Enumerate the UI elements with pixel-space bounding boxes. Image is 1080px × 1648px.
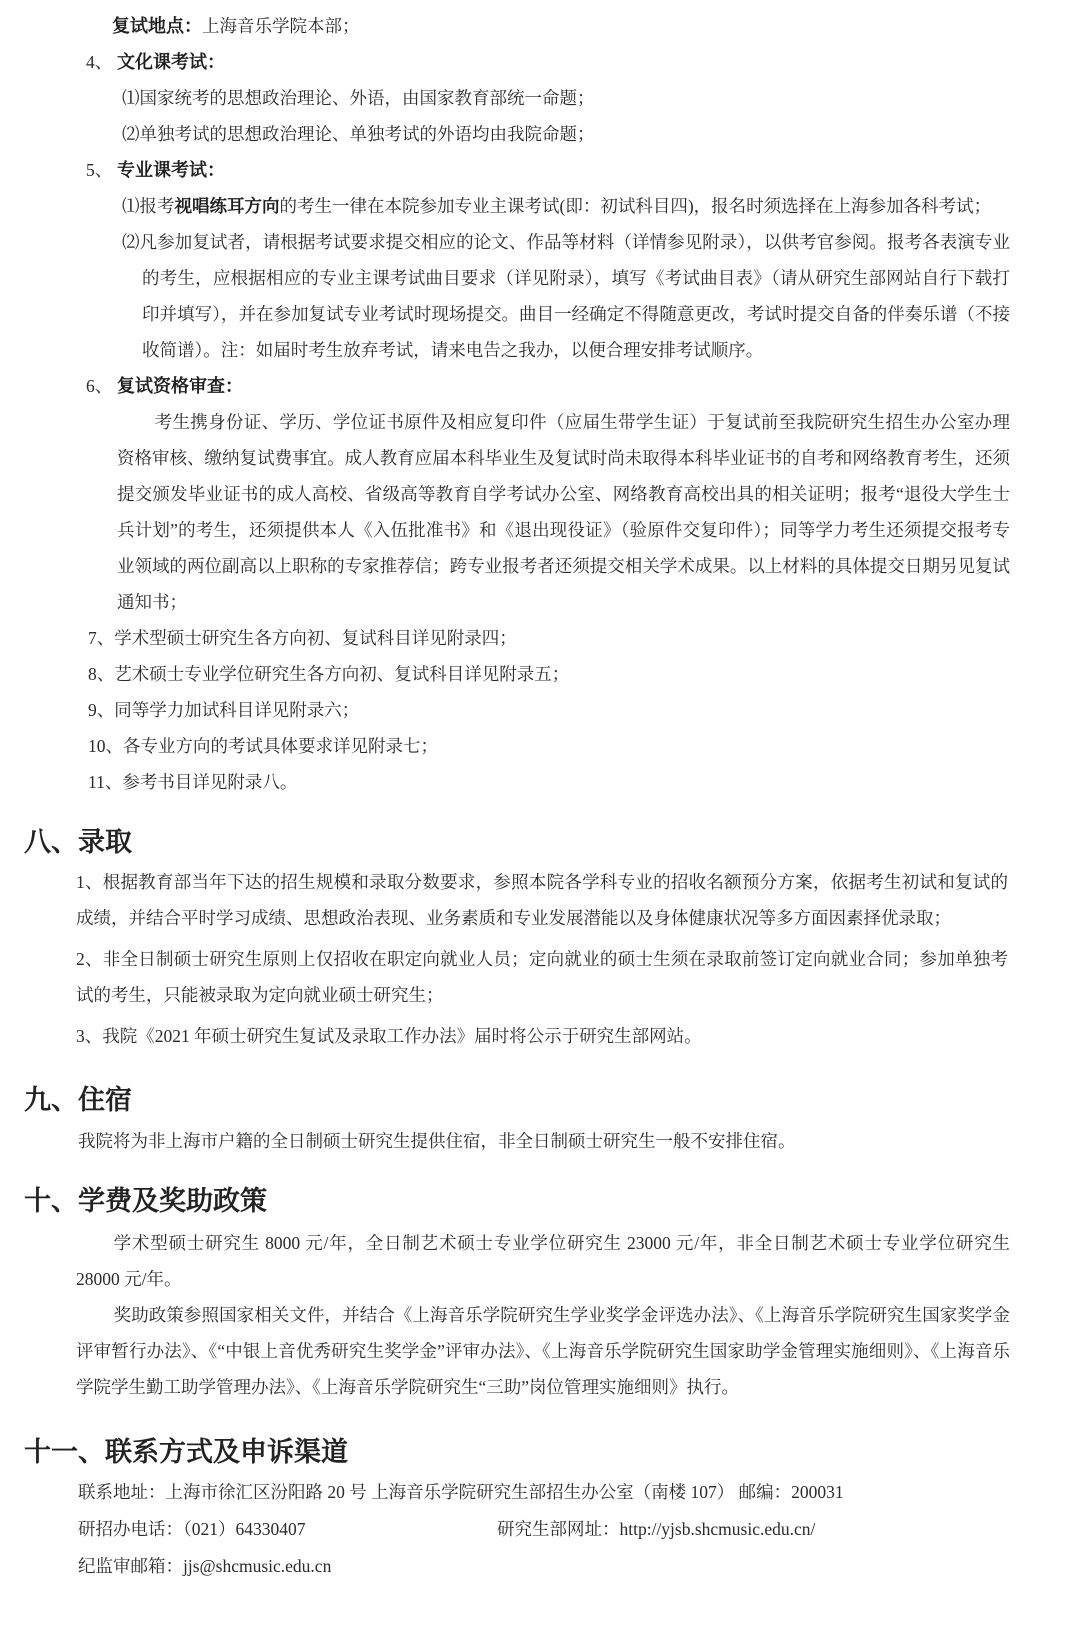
item-4-sub-2: ⑵单独考试的思想政治理论、单独考试的外语均由我院命题； [122, 116, 1010, 152]
item-4-sub-1: ⑴国家统考的思想政治理论、外语，由国家教育部统一命题； [122, 80, 1010, 116]
item-11: 11、参考书目详见附录八。 [88, 764, 1080, 800]
item-8: 8、艺术硕士专业学位研究生各方向初、复试科目详见附录五； [88, 656, 1080, 692]
item-6-paragraph: 考生携身份证、学历、学位证书原件及相应复印件（应届生带学生证）于复试前至我院研究… [117, 404, 1010, 620]
item-5-sub-1: ⑴报考视唱练耳方向的考生一律在本院参加专业主课考试(即：初试科目四)，报名时须选… [122, 188, 1010, 224]
item-6-heading: 6、复试资格审查： [86, 368, 1080, 404]
item-5-title: 专业课考试： [117, 160, 225, 180]
item-6-title: 复试资格审查： [117, 376, 243, 396]
section-10-heading: 十、学费及奖助政策 [24, 1181, 1080, 1221]
contact-phone-row: 研招办电话：（021）64330407研究生部网址：http://yjsb.sh… [78, 1511, 1080, 1548]
contact-phone: 研招办电话：（021）64330407 [78, 1519, 306, 1539]
retest-location-line: 复试地点：上海音乐学院本部； [112, 8, 1080, 44]
item-6-number: 6、 [86, 368, 117, 404]
item-5-sub-2: ⑵凡参加复试者，请根据考试要求提交相应的论文、作品等材料（详情参见附录），以供考… [122, 224, 1010, 368]
item-10: 10、各专业方向的考试具体要求详见附录七； [88, 728, 1080, 764]
admission-item-3: 3、我院《2021 年硕士研究生复试及录取工作办法》届时将公示于研究生部网站。 [76, 1018, 1008, 1054]
admission-item-1: 1、根据教育部当年下达的招生规模和录取分数要求，参照本院各学科专业的招收名额预分… [76, 864, 1008, 936]
accommodation-paragraph: 我院将为非上海市户籍的全日制硕士研究生提供住宿，非全日制硕士研究生一般不安排住宿… [78, 1123, 1008, 1159]
item-5-heading: 5、专业课考试： [86, 152, 1080, 188]
document-page: { "exam": { "location_label": "复试地点：", "… [0, 0, 1080, 1648]
contact-website: 研究生部网址：http://yjsb.shcmusic.edu.cn/ [497, 1511, 815, 1548]
page: 复试地点：上海音乐学院本部； 4、文化课考试： ⑴国家统考的思想政治理论、外语，… [0, 0, 1080, 1585]
item-5-sub-1-post: 的考生一律在本院参加专业主课考试(即：初试科目四)，报名时须选择在上海参加各科考… [280, 196, 992, 216]
item-4-heading: 4、文化课考试： [86, 44, 1080, 80]
section-8-heading: 八、录取 [24, 822, 1080, 862]
tuition-fees-paragraph: 学术型硕士研究生 8000 元/年，全日制艺术硕士专业学位研究生 23000 元… [76, 1225, 1010, 1297]
admission-item-2: 2、非全日制硕士研究生原则上仅招收在职定向就业人员；定向就业的硕士生须在录取前签… [76, 941, 1008, 1013]
scholarship-policy-paragraph: 奖助政策参照国家相关文件，并结合《上海音乐学院研究生学业奖学金评选办法》、《上海… [76, 1297, 1010, 1405]
item-5-sub-1-bold: 视唱练耳方向 [175, 196, 280, 216]
section-9-heading: 九、住宿 [24, 1080, 1080, 1120]
item-5-number: 5、 [86, 152, 117, 188]
contact-address-line: 联系地址：上海市徐汇区汾阳路 20 号 上海音乐学院研究生部招生办公室（南楼 1… [78, 1474, 1080, 1511]
item-5-sub-1-pre: ⑴报考 [122, 196, 175, 216]
item-4-number: 4、 [86, 44, 117, 80]
contact-email-line: 纪监审邮箱：jjs@shcmusic.edu.cn [78, 1548, 1080, 1585]
section-11-heading: 十一、联系方式及申诉渠道 [24, 1432, 1080, 1472]
retest-location-label: 复试地点： [112, 16, 202, 36]
retest-location-value: 上海音乐学院本部； [202, 16, 360, 36]
item-4-title: 文化课考试： [117, 52, 225, 72]
item-7: 7、学术型硕士研究生各方向初、复试科目详见附录四； [88, 620, 1080, 656]
item-9: 9、同等学力加试科目详见附录六； [88, 692, 1080, 728]
